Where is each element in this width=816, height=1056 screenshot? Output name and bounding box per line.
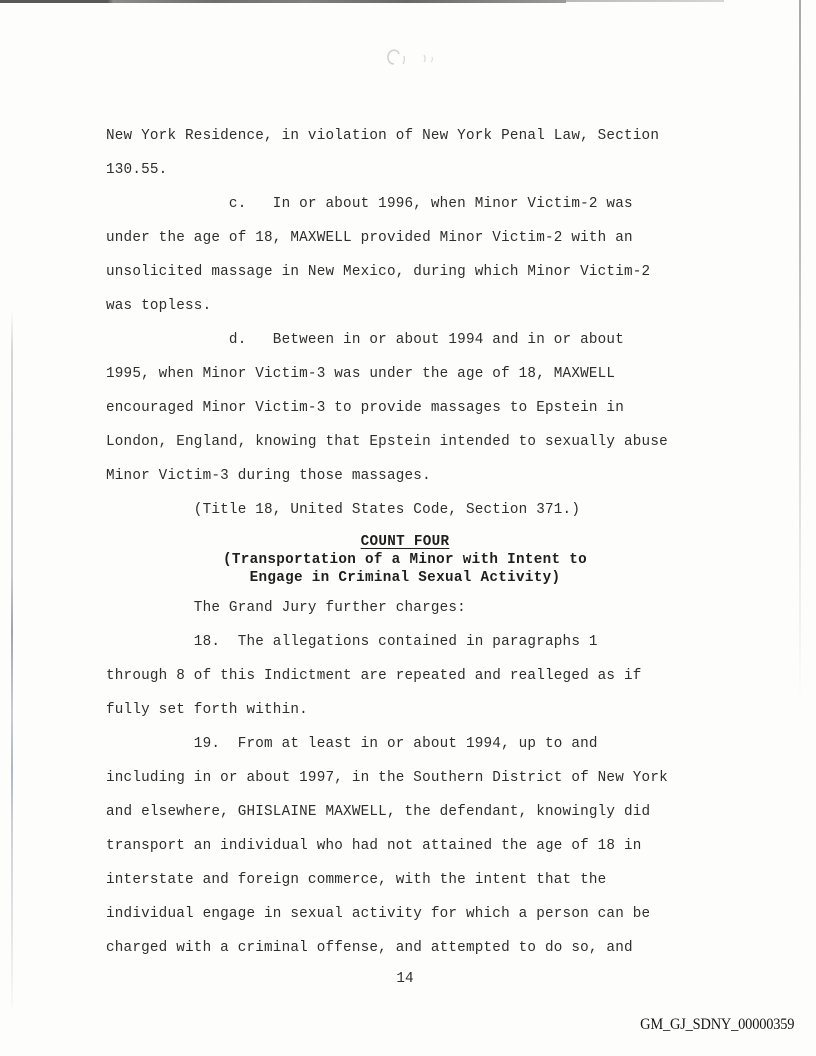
- paragraph-19-line: interstate and foreign commerce, with th…: [106, 863, 704, 897]
- count-four-title: COUNT FOUR: [106, 533, 704, 551]
- document-body: New York Residence, in violation of New …: [106, 119, 704, 993]
- paragraph-19-line: charged with a criminal offense, and att…: [106, 931, 704, 965]
- count-four-subtitle-line-2: Engage in Criminal Sexual Activity): [106, 569, 704, 587]
- paragraph-19-line: transport an individual who had not atta…: [106, 829, 704, 863]
- paragraph-18-line: 18. The allegations contained in paragra…: [106, 625, 704, 659]
- paragraph-19-line: individual engage in sexual activity for…: [106, 897, 704, 931]
- subparagraph-d-line: 1995, when Minor Victim-3 was under the …: [106, 357, 704, 391]
- subparagraph-c-line: was topless.: [106, 289, 704, 323]
- faint-handwriting-smudge: [380, 44, 460, 72]
- scan-artifact-left-line: [11, 310, 13, 1006]
- subparagraph-d-line: Minor Victim-3 during those massages.: [106, 459, 704, 493]
- page-number: 14: [106, 965, 704, 993]
- subparagraph-c-line: c. In or about 1996, when Minor Victim-2…: [106, 187, 704, 221]
- count-four-heading: COUNT FOUR (Transportation of a Minor wi…: [106, 533, 704, 587]
- bates-stamp: GM_GJ_SDNY_00000359: [640, 1016, 794, 1034]
- paragraph-19-line: including in or about 1997, in the South…: [106, 761, 704, 795]
- subparagraph-c-line: under the age of 18, MAXWELL provided Mi…: [106, 221, 704, 255]
- statute-citation: (Title 18, United States Code, Section 3…: [106, 493, 704, 527]
- subparagraph-d-line: London, England, knowing that Epstein in…: [106, 425, 704, 459]
- subparagraph-c-line: unsolicited massage in New Mexico, durin…: [106, 255, 704, 289]
- paragraph-19-line: 19. From at least in or about 1994, up t…: [106, 727, 704, 761]
- paragraph-18-line: fully set forth within.: [106, 693, 704, 727]
- subparagraph-d-line: encouraged Minor Victim-3 to provide mas…: [106, 391, 704, 425]
- subparagraph-d-line: d. Between in or about 1994 and in or ab…: [106, 323, 704, 357]
- count-four-subtitle-line-1: (Transportation of a Minor with Intent t…: [106, 551, 704, 569]
- scan-artifact-top-edge: [0, 0, 566, 3]
- paragraph-18-line: through 8 of this Indictment are repeate…: [106, 659, 704, 693]
- text-line: 130.55.: [106, 153, 704, 187]
- text-line: New York Residence, in violation of New …: [106, 119, 704, 153]
- scanned-document-page: New York Residence, in violation of New …: [0, 0, 816, 1056]
- charge-intro-line: The Grand Jury further charges:: [106, 591, 704, 625]
- paragraph-19-line: and elsewhere, GHISLAINE MAXWELL, the de…: [106, 795, 704, 829]
- scan-artifact-top-edge-light: [566, 0, 724, 2]
- scan-artifact-right-line: [799, 0, 801, 705]
